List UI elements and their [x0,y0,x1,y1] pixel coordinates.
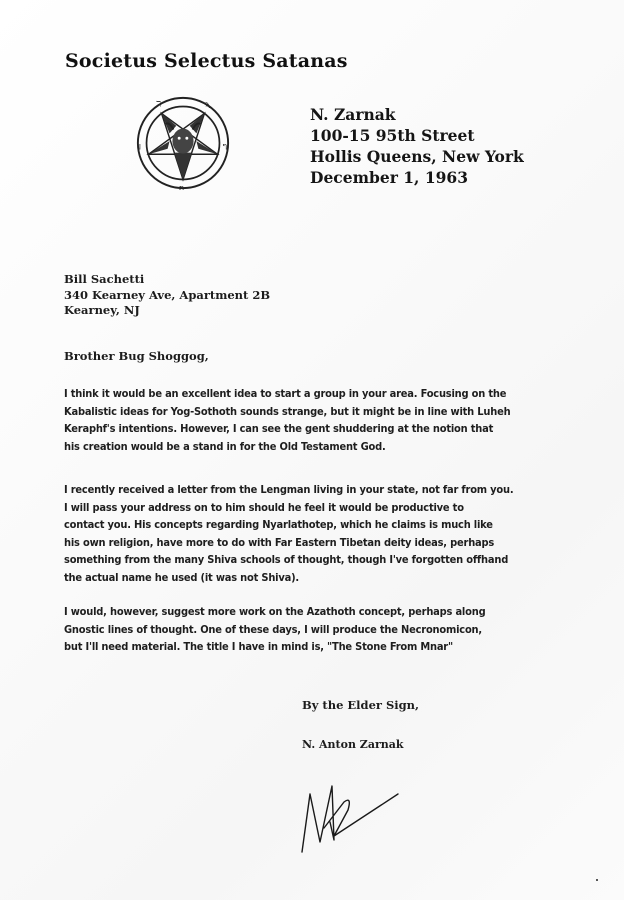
body-paragraph-1: I think it would be an excellent idea to… [64,385,564,455]
paragraph-line: Keraphf's intentions. However, I can see… [64,420,564,438]
recipient-address-line2: Kearney, NJ [64,303,270,319]
closing: By the Elder Sign, [302,698,419,712]
body-paragraph-3: I would, however, suggest more work on t… [64,603,564,656]
paragraph-line: I recently received a letter from the Le… [64,481,564,499]
paragraph-line: the actual name he used (it was not Shiv… [64,569,564,587]
paragraph-line: Kabalistic ideas for Yog-Sothoth sounds … [64,403,564,421]
svg-text:ת: ת [179,183,184,191]
sender-street: 100-15 95th Street [310,125,524,146]
recipient-name: Bill Sachetti [64,272,270,288]
sender-block: N. Zarnak 100-15 95th Street Hollis Quee… [310,104,524,188]
paragraph-line: I would, however, suggest more work on t… [64,603,564,621]
recipient-block: Bill Sachetti 340 Kearney Ave, Apartment… [64,272,270,319]
paragraph-line: Gnostic lines of thought. One of these d… [64,621,564,639]
svg-text:ן: ן [139,141,141,150]
salutation: Brother Bug Shoggog, [64,349,209,363]
letter-date: December 1, 1963 [310,167,524,188]
recipient-address-line1: 340 Kearney Ave, Apartment 2B [64,288,270,304]
paragraph-line: something from the many Shiva schools of… [64,551,564,569]
paragraph-line: his creation would be a stand in for the… [64,438,564,456]
sender-city: Hollis Queens, New York [310,146,524,167]
body-paragraph-2: I recently received a letter from the Le… [64,481,564,586]
paragraph-line: I think it would be an excellent idea to… [64,385,564,403]
paragraph-line: his own religion, have more to do with F… [64,534,564,552]
paragraph-line: I will pass your address on to him shoul… [64,499,564,517]
scan-speck [596,879,598,881]
svg-text:ף: ף [222,141,227,150]
handwritten-signature-icon [296,780,406,855]
signature-name: N. Anton Zarnak [302,738,404,751]
sender-name: N. Zarnak [310,104,524,125]
pentagram-seal-icon: ℸ ϡ ן ף ת [135,95,231,191]
letter-page: Societus Selectus Satanas ℸ ϡ ן ף ת N. Z… [0,0,624,900]
svg-text:ϡ: ϡ [205,100,210,109]
paragraph-line: but I'll need material. The title I have… [64,638,564,656]
svg-text:ℸ: ℸ [156,100,161,109]
paragraph-line: contact you. His concepts regarding Nyar… [64,516,564,534]
organization-letterhead: Societus Selectus Satanas [65,50,348,72]
